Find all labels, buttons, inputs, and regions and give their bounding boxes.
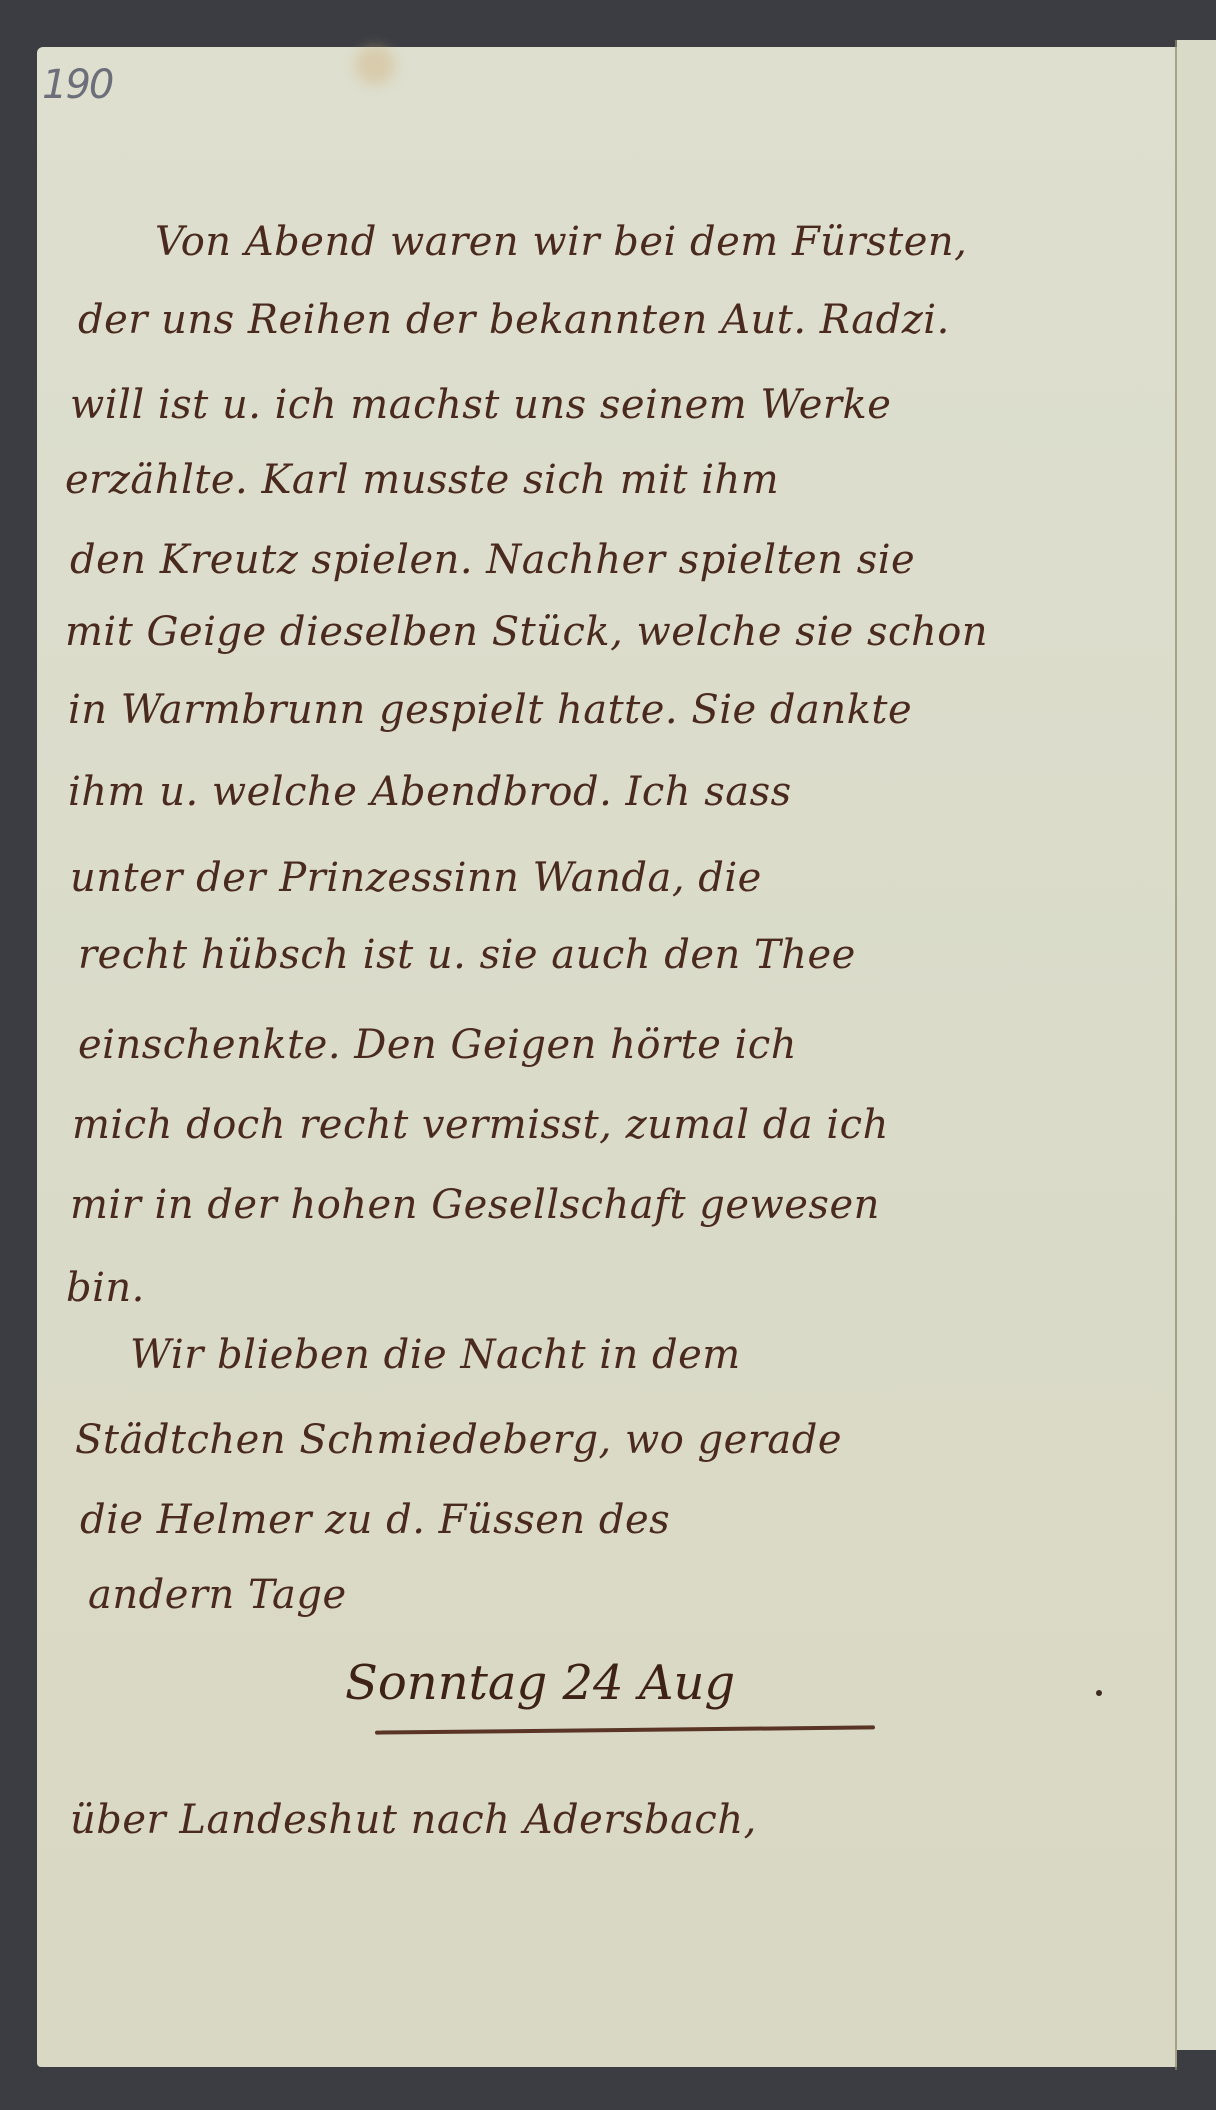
- text-line-1: Von Abend waren wir bei dem Fürsten,: [155, 222, 967, 262]
- paper-stain: [355, 45, 395, 85]
- facing-page-edge: [1177, 40, 1216, 2050]
- text-line-16: Städtchen Schmiedeberg, wo gerade: [75, 1420, 842, 1460]
- text-line-9: unter der Prinzessinn Wanda, die: [70, 858, 762, 898]
- text-line-18: andern Tage: [88, 1575, 347, 1615]
- text-line-2: der uns Reihen der bekannten Aut. Radzi.: [78, 300, 950, 340]
- text-line-7: in Warmbrunn gespielt hatte. Sie dankte: [68, 690, 912, 730]
- folio-number: 190: [42, 62, 112, 108]
- text-line-12: mich doch recht vermisst, zumal da ich: [72, 1105, 889, 1145]
- text-line-10: recht hübsch ist u. sie auch den Thee: [78, 935, 856, 975]
- text-line-3: will ist u. ich machst uns seinem Werke: [70, 385, 891, 425]
- text-line-6: mit Geige dieselben Stück, welche sie sc…: [65, 612, 988, 652]
- text-line-13: mir in der hohen Gesellschaft gewesen: [70, 1185, 880, 1225]
- text-line-4: erzählte. Karl musste sich mit ihm: [65, 460, 779, 500]
- text-line-14: bin.: [66, 1268, 145, 1308]
- binding-fold: [1175, 40, 1177, 2070]
- ink-dot: [1096, 1690, 1102, 1696]
- text-line-17: die Helmer zu d. Füssen des: [80, 1500, 670, 1540]
- text-line-last: über Landeshut nach Adersbach,: [70, 1800, 757, 1840]
- text-line-15: Wir blieben die Nacht in dem: [130, 1335, 741, 1375]
- text-line-5: den Kreutz spielen. Nachher spielten sie: [70, 540, 915, 580]
- text-line-8: ihm u. welche Abendbrod. Ich sass: [68, 772, 792, 812]
- text-line-11: einschenkte. Den Geigen hörte ich: [78, 1025, 797, 1065]
- date-heading: Sonntag 24 Aug: [345, 1655, 735, 1711]
